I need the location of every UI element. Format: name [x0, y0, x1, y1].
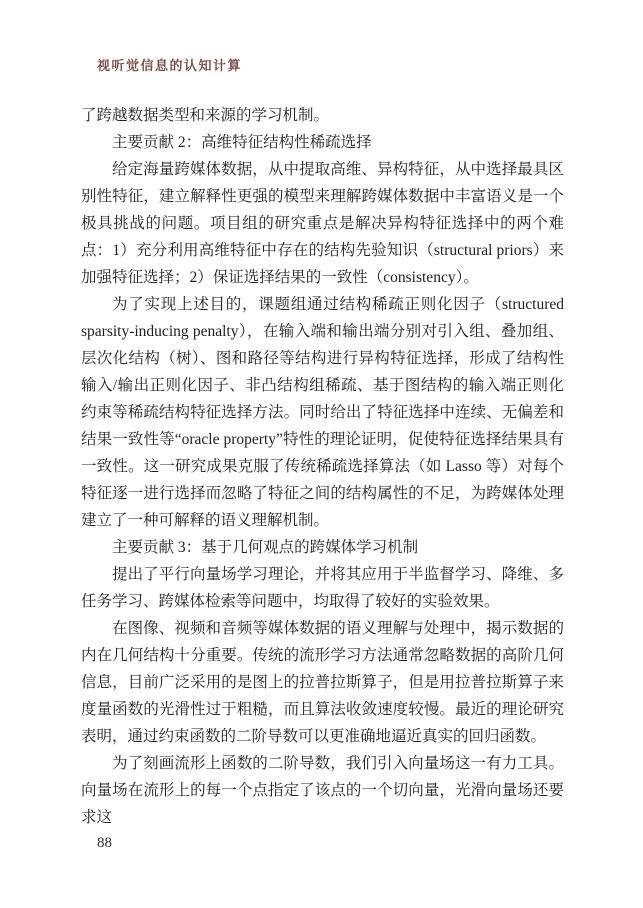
document-page: 视听觉信息的认知计算 了跨越数据类型和来源的学习机制。 主要贡献 2：高维特征结…	[0, 0, 643, 908]
page-number: 88	[97, 835, 112, 852]
section-heading-contribution-3: 主要贡献 3：基于几何观点的跨媒体学习机制	[81, 534, 564, 561]
paragraph-continuation: 了跨越数据类型和来源的学习机制。	[81, 102, 564, 129]
paragraph-second-derivative-vector-field: 为了刻画流形上函数的二阶导数，我们引入向量场这一有力工具。向量场在流形上的每一个…	[81, 750, 564, 831]
document-body: 了跨越数据类型和来源的学习机制。 主要贡献 2：高维特征结构性稀疏选择 给定海量…	[81, 102, 564, 831]
paragraph-geometric-structure: 在图像、视频和音频等媒体数据的语义理解与处理中，揭示数据的内在几何结构十分重要。…	[81, 615, 564, 750]
running-header: 视听觉信息的认知计算	[97, 55, 242, 74]
section-heading-contribution-2: 主要贡献 2：高维特征结构性稀疏选择	[81, 129, 564, 156]
paragraph-sparse-selection-challenge: 给定海量跨媒体数据，从中提取高维、异构特征，从中选择最具区别性特征，建立解释性更…	[81, 156, 564, 291]
paragraph-parallel-vector-field: 提出了平行向量场学习理论，并将其应用于半监督学习、降维、多任务学习、跨媒体检索等…	[81, 561, 564, 615]
paragraph-structured-sparsity-method: 为了实现上述目的，课题组通过结构稀疏正则化因子（structured spars…	[81, 291, 564, 534]
